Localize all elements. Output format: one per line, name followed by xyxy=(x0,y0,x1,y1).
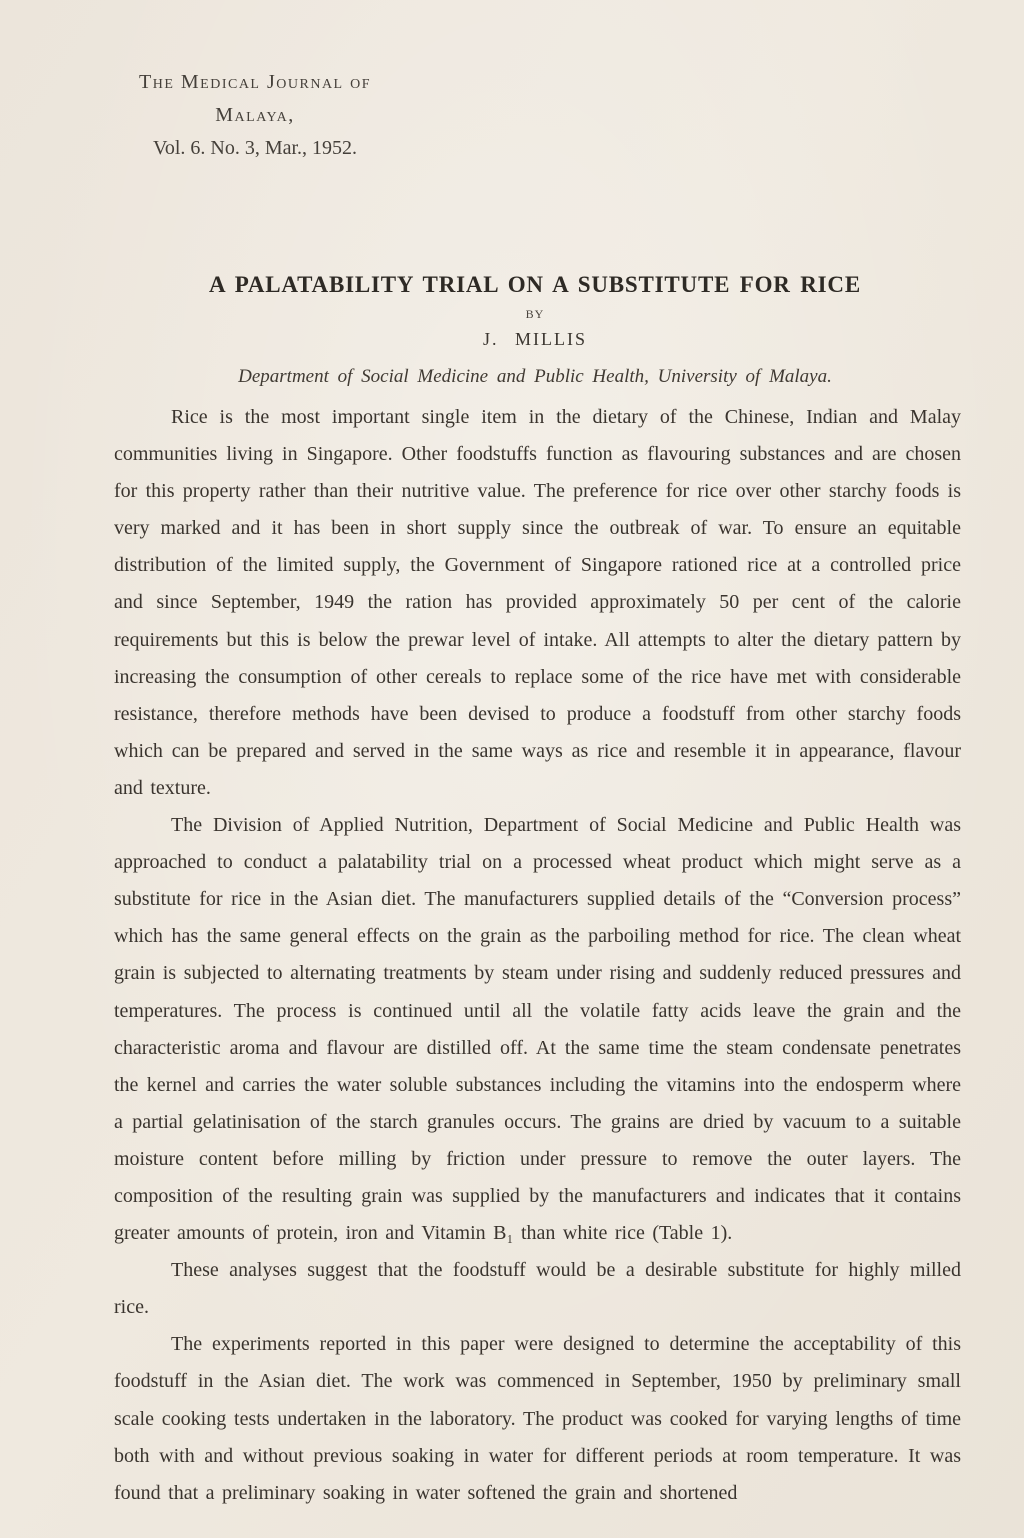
paragraph-3: These analyses suggest that the foodstuf… xyxy=(114,1252,961,1326)
article-title: A PALATABILITY TRIAL ON A SUBSTITUTE FOR… xyxy=(90,272,980,298)
journal-name-line1: The Medical Journal of xyxy=(110,66,400,99)
scanned-journal-page: The Medical Journal of Malaya, Vol. 6. N… xyxy=(0,0,1024,1538)
byline-label: BY xyxy=(90,307,980,322)
journal-volume-issue-date: Vol. 6. No. 3, Mar., 1952. xyxy=(110,132,400,165)
paragraph-1: Rice is the most important single item i… xyxy=(114,399,961,807)
author-name: J. MILLIS xyxy=(90,329,980,350)
journal-name-line2: Malaya, xyxy=(110,99,400,132)
paragraph-2: The Division of Applied Nutrition, Depar… xyxy=(114,807,961,1252)
article-header: A PALATABILITY TRIAL ON A SUBSTITUTE FOR… xyxy=(90,272,980,388)
paragraph-4: The experiments reported in this paper w… xyxy=(114,1326,961,1511)
article-body: Rice is the most important single item i… xyxy=(114,399,961,1512)
journal-masthead: The Medical Journal of Malaya, Vol. 6. N… xyxy=(110,66,400,165)
author-affiliation: Department of Social Medicine and Public… xyxy=(90,366,980,388)
